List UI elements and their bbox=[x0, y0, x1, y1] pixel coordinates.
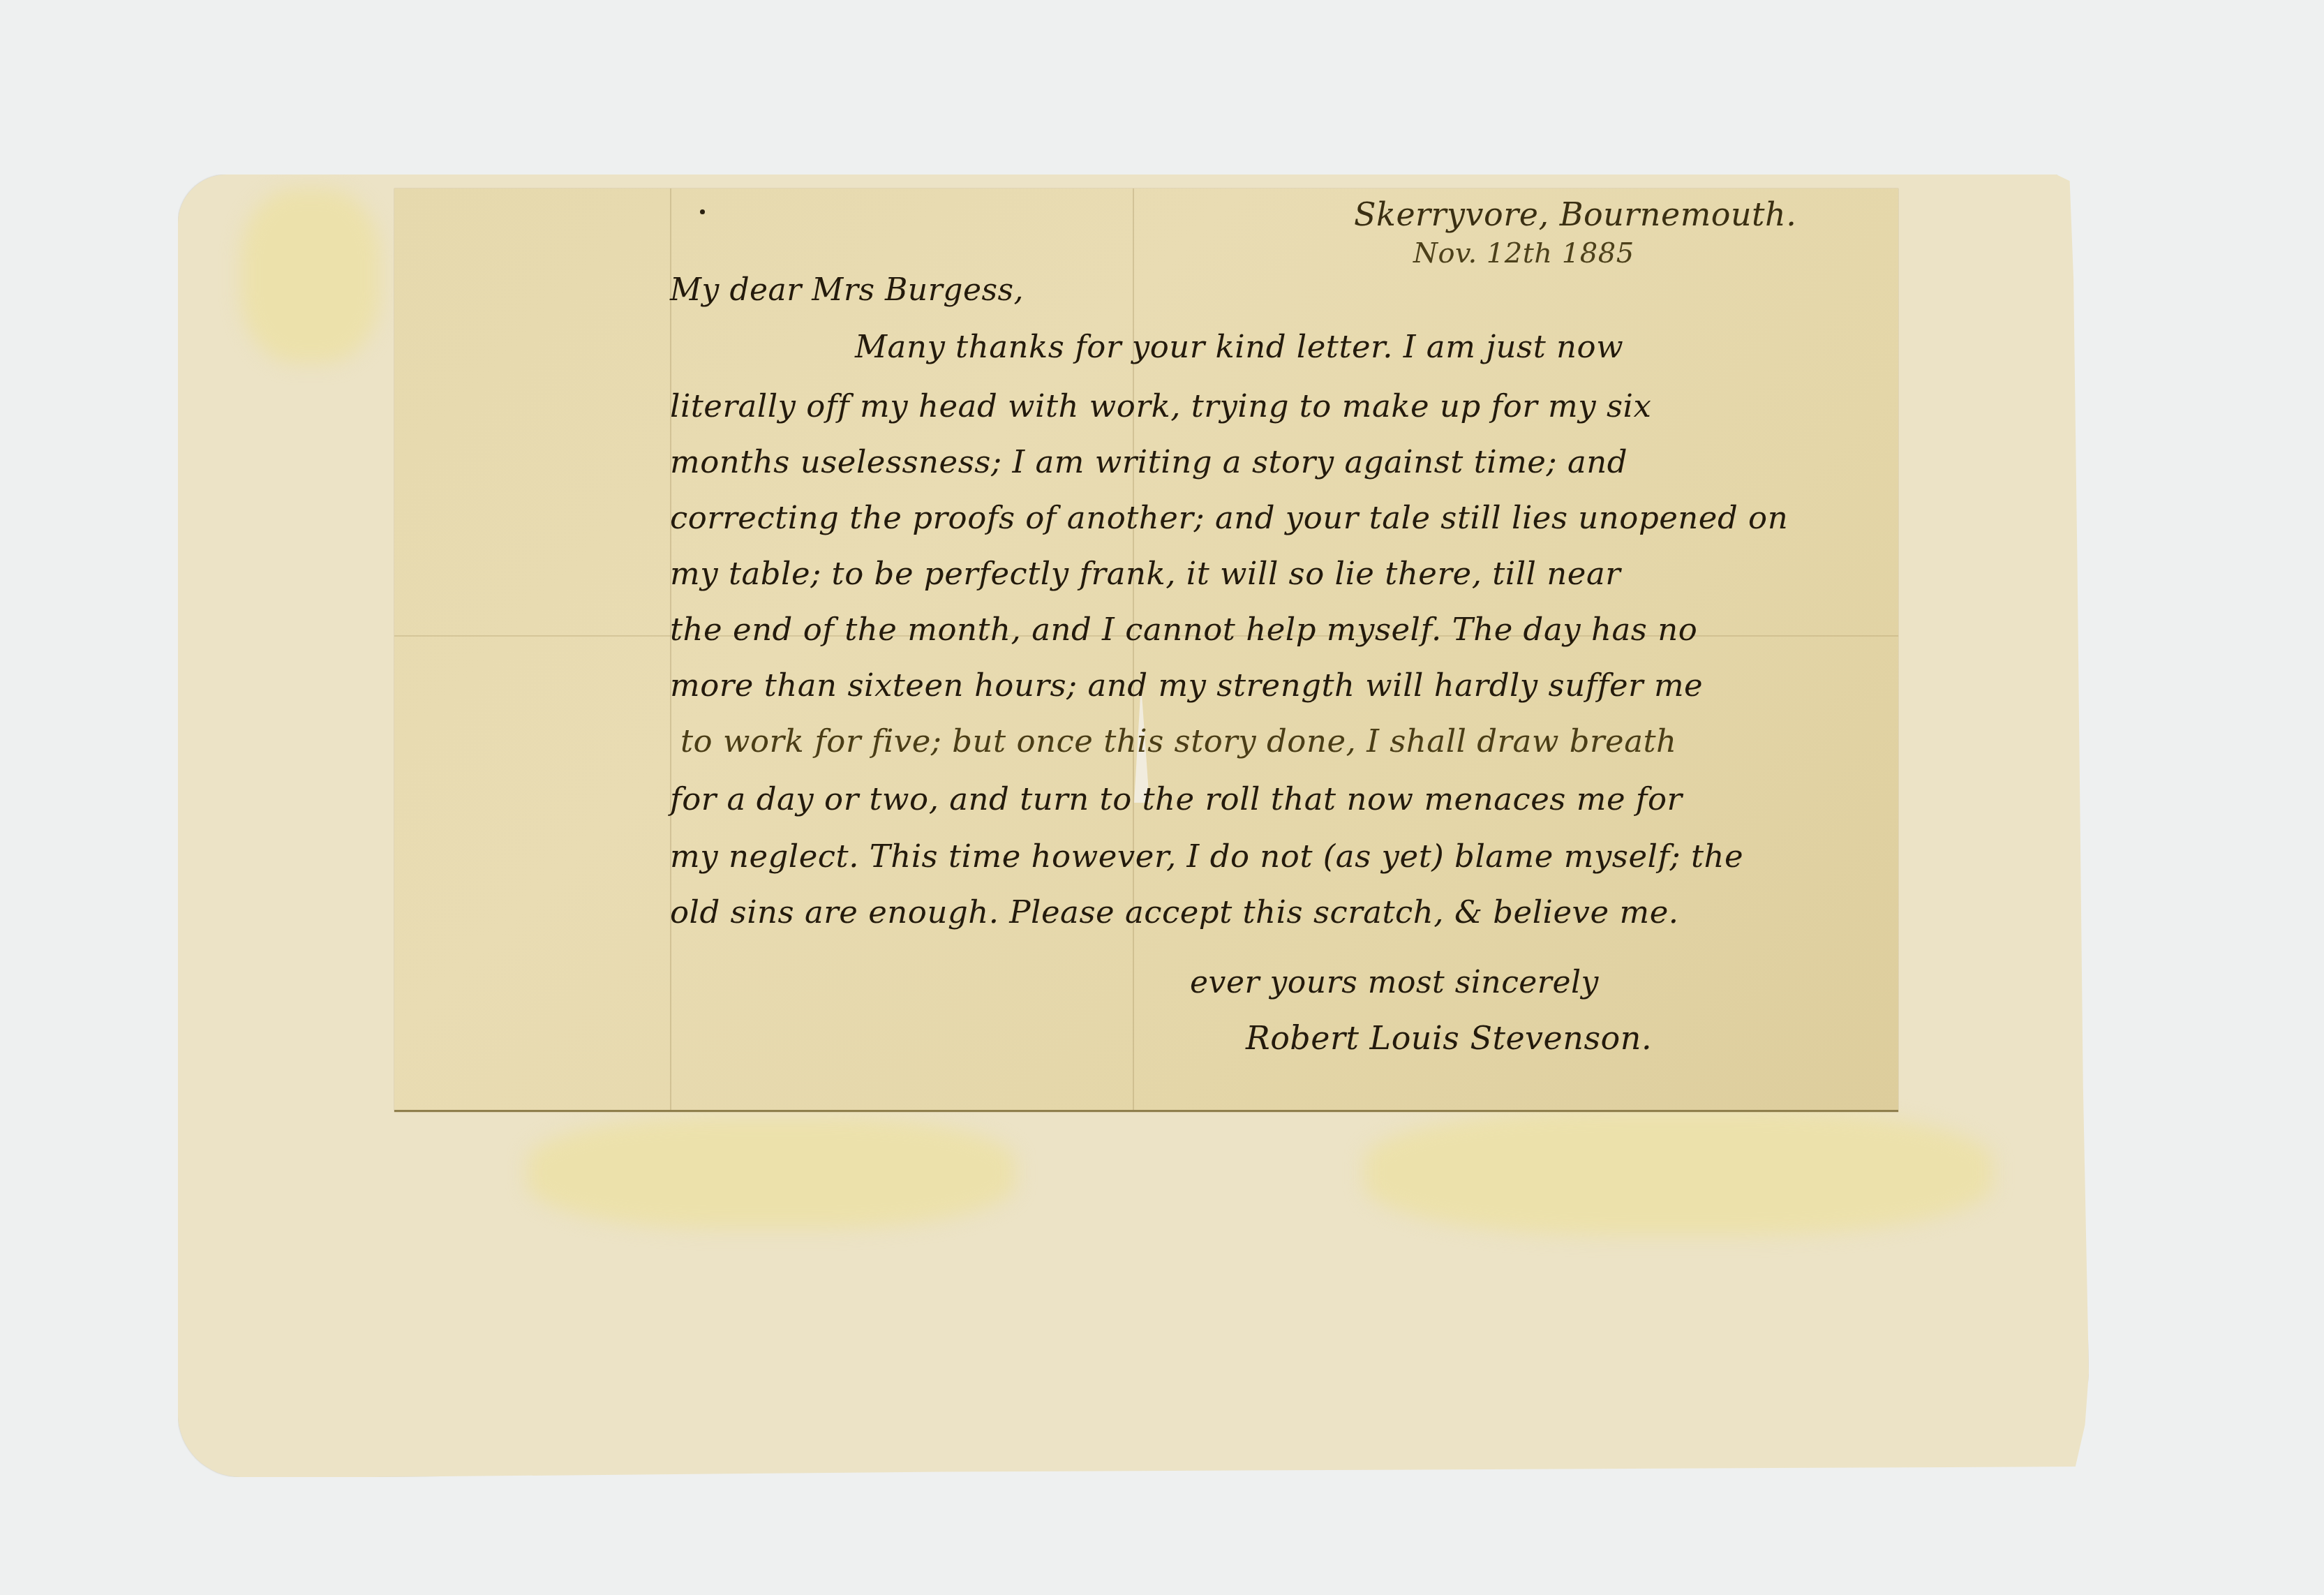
letter-body-line: literally off my head with work, trying … bbox=[670, 387, 1651, 424]
fold-crease bbox=[1133, 188, 1134, 1110]
letter-body-line: Many thanks for your kind letter. I am j… bbox=[855, 328, 1623, 365]
water-stain bbox=[241, 188, 380, 363]
letter-body-line: for a day or two, and turn to the roll t… bbox=[670, 780, 1683, 817]
ink-dot bbox=[700, 209, 705, 214]
letter-body-line: the end of the month, and I cannot help … bbox=[670, 611, 1697, 648]
letter-heading-date: Nov. 12th 1885 bbox=[1413, 237, 1634, 269]
letter-body-line: correcting the proofs of another; and yo… bbox=[670, 499, 1788, 536]
letter-heading-place: Skerryvore, Bournemouth. bbox=[1354, 195, 1796, 233]
letter-body-line: my table; to be perfectly frank, it will… bbox=[670, 555, 1621, 592]
letter-salutation: My dear Mrs Burgess, bbox=[670, 272, 1024, 308]
water-stain bbox=[527, 1117, 1015, 1229]
letter-body-line: months uselessness; I am writing a story… bbox=[670, 443, 1627, 480]
letter-body-line: more than sixteen hours; and my strength… bbox=[670, 667, 1703, 704]
letter-body-line: to work for five; but once this story do… bbox=[680, 722, 1677, 759]
letter-signature: Robert Louis Stevenson. bbox=[1246, 1019, 1652, 1057]
water-stain bbox=[1364, 1110, 1992, 1236]
letter-body-line: old sins are enough. Please accept this … bbox=[670, 893, 1679, 930]
fold-crease bbox=[670, 188, 671, 1110]
letter-sheet: Skerryvore, Bournemouth. Nov. 12th 1885 … bbox=[394, 188, 1898, 1112]
letter-closing: ever yours most sincerely bbox=[1190, 965, 1599, 1000]
letter-body-line: my neglect. This time however, I do not … bbox=[670, 838, 1743, 875]
